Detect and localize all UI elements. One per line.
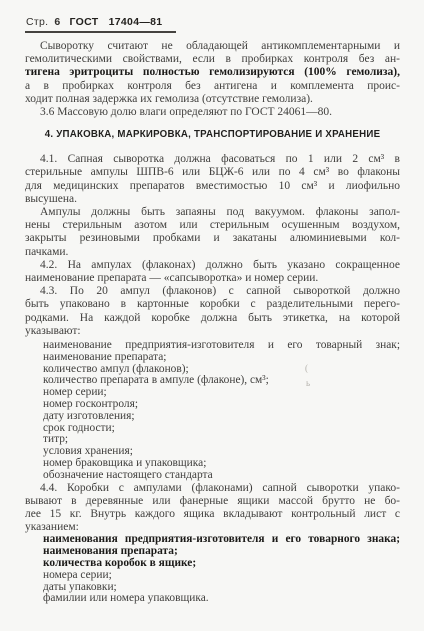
paragraph-4-3: 4.3. По 20 ампул (флаконов) с сапной сыв… bbox=[25, 285, 400, 338]
list-item: обозначение настоящего стандарта bbox=[25, 470, 400, 482]
text-line: 4.2. На ампулах (флаконах) должно быть у… bbox=[25, 259, 400, 272]
text-line: вывают в деревянные или фанерные ящики м… bbox=[25, 495, 400, 508]
text-line: Сыворотку считают не обладающей антикомп… bbox=[25, 40, 400, 53]
paragraph-3-5: Сыворотку считают не обладающей антикомп… bbox=[25, 40, 400, 106]
text-line: а в пробирках контроля без антигена и ко… bbox=[25, 80, 400, 93]
text-line: 4.1. Сапная сыворотка должна фасоваться … bbox=[25, 153, 400, 166]
list-item: дату изготовления; bbox=[25, 411, 400, 423]
paragraph-4-1: 4.1. Сапная сыворотка должна фасоваться … bbox=[25, 153, 400, 206]
page-number: 6 bbox=[54, 16, 60, 28]
section-4-heading: 4. УПАКОВКА, МАРКИРОВКА, ТРАНСПОРТИРОВАН… bbox=[25, 129, 400, 140]
text-line: тигена эритроциты полностью гемолизируют… bbox=[25, 66, 400, 79]
text-line: наименование препарата — «сапсыворотка» … bbox=[25, 272, 400, 285]
page-header: Стр.6ГОСТ 17404—81 bbox=[25, 12, 400, 33]
paragraph-4-2: 4.2. На ампулах (флаконах) должно быть у… bbox=[25, 259, 400, 285]
document-page: Стр.6ГОСТ 17404—81 Сыворотку считают не … bbox=[0, 0, 424, 631]
text-line: пачками. bbox=[25, 246, 400, 259]
text-line: 4.3. По 20 ампул (флаконов) с сапной сыв… bbox=[25, 285, 400, 298]
text-line: высушена. bbox=[25, 193, 400, 206]
list-item: наименование препарата; bbox=[25, 352, 400, 364]
text-line: 4.4. Коробки с ампулами (флаконами) сапн… bbox=[25, 482, 400, 495]
text-line: родками. На каждой коробке должна быть э… bbox=[25, 312, 400, 325]
text-line: нены стерильным азотом или стерильным ос… bbox=[25, 219, 400, 232]
list-item: фамилии или номера упаковщика. bbox=[25, 593, 400, 605]
text-line: стерильные ампулы ШПВ-6 или БЦЖ-6 или по… bbox=[25, 166, 400, 179]
header-underline: Стр.6ГОСТ 17404—81 bbox=[25, 16, 176, 33]
standard-number: ГОСТ 17404—81 bbox=[70, 16, 163, 28]
paragraph-4-4: 4.4. Коробки с ампулами (флаконами) сапн… bbox=[25, 482, 400, 535]
page-label: Стр. bbox=[26, 16, 48, 28]
clause-3-6: 3.6 Массовую долю влаги определяют по ГО… bbox=[25, 106, 400, 119]
list-item: номера серии; bbox=[25, 570, 400, 582]
text-line: гемолитическими свойствами, если в проби… bbox=[25, 53, 400, 66]
text-line: для медицинских препаратов вместимостью … bbox=[25, 180, 400, 193]
scan-artifact: ь bbox=[306, 379, 310, 388]
list-4-4: наименования предприятия-изготовителя и … bbox=[25, 534, 400, 605]
list-item: срок годности; bbox=[25, 423, 400, 435]
list-4-3: наименование предприятия-изготовителя и … bbox=[25, 340, 400, 482]
text-line: Ампулы должны быть запаяны под вакуумом.… bbox=[25, 206, 400, 219]
text-line: лее 15 кг. Внутрь каждого ящика вкладыва… bbox=[25, 508, 400, 521]
text-line: закрыты резиновыми пробками и закатаны а… bbox=[25, 232, 400, 245]
text-line: указывают: bbox=[25, 325, 400, 338]
paragraph-ampoules: Ампулы должны быть запаяны под вакуумом.… bbox=[25, 206, 400, 259]
text-line: быть упаковано в картонные коробки с раз… bbox=[25, 298, 400, 311]
text-line: ходит полная задержка их гемолиза (отсут… bbox=[25, 93, 400, 106]
scan-artifact: ( bbox=[305, 364, 308, 373]
